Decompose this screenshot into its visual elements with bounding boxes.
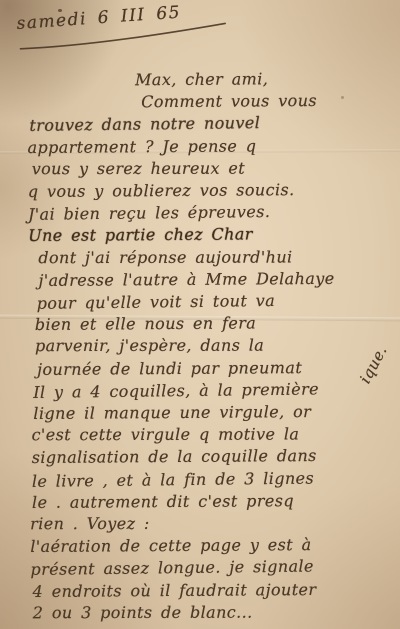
body-lines: Comment vous voustrouvez dans notre nouv… xyxy=(27,90,391,625)
handwritten-line: signalisation de la coquille dans xyxy=(32,445,390,470)
handwritten-line: 4 endroits où il faudrait ajouter xyxy=(33,578,391,603)
handwritten-line: appartement ? Je pense q xyxy=(27,134,387,159)
handwritten-line: pour qu'elle voit si tout va xyxy=(37,289,389,316)
letter-body: Max, cher ami, Comment vous voustrouvez … xyxy=(27,67,391,625)
handwritten-line: Il y a 4 coquilles, à la première xyxy=(33,377,389,404)
handwritten-line: journée de lundi par pneumat xyxy=(37,356,389,381)
greeting-line: Max, cher ami, xyxy=(135,67,387,91)
handwritten-line: rien . Voyez : xyxy=(30,512,390,535)
handwritten-line: c'est cette virgule q motive la xyxy=(32,424,390,447)
handwritten-line: bien et elle nous en fera xyxy=(35,312,389,337)
handwritten-line: le . autrement dit c'est presq xyxy=(32,489,390,514)
handwritten-line: dont j'ai réponse aujourd'hui xyxy=(38,246,388,269)
handwritten-line: Une est partie chez Char xyxy=(28,223,388,248)
date-line: samedi 6 III 65 xyxy=(16,0,238,52)
handwritten-line: J'ai bien reçu les épreuves. xyxy=(28,200,388,227)
handwritten-line: le livre , et à la fin de 3 lignes xyxy=(32,466,390,493)
letter-paper: samedi 6 III 65 Max, cher ami, Comment v… xyxy=(0,0,400,629)
handwritten-line: parvenir, j'espère, dans la xyxy=(35,335,389,358)
handwritten-line: ligne il manque une virgule, or xyxy=(33,401,389,426)
handwritten-line: vous y serez heureux et xyxy=(32,157,388,180)
handwritten-line: 2 ou 3 points de blanc... xyxy=(33,601,391,624)
